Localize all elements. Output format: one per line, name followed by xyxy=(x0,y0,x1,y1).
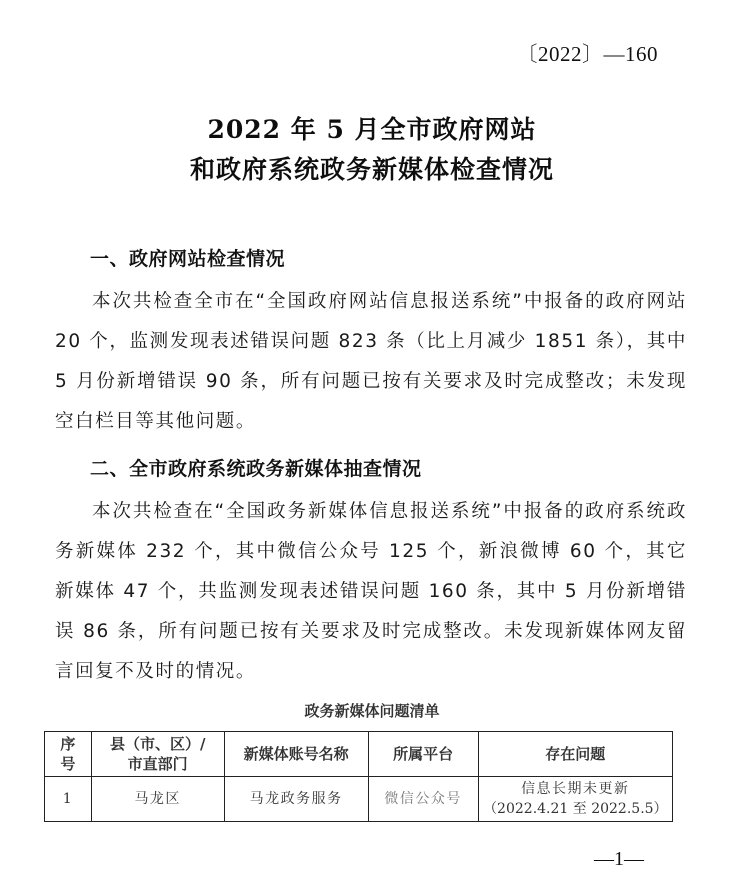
table-header-row: 序号 县（市、区）/ 市直部门 新媒体账号名称 所属平台 存在问题 xyxy=(45,732,673,777)
cell-county: 马龙区 xyxy=(91,777,224,822)
section-paragraph-websites: 本次共检查全市在“全国政府网站信息报送系统”中报备的政府网站 20 个，监测发现… xyxy=(55,282,687,442)
title-line-2: 和政府系统政务新媒体检查情况 xyxy=(0,150,744,190)
page-number: —1— xyxy=(594,848,644,871)
cell-seq: 1 xyxy=(45,777,92,822)
cell-issue: 信息长期未更新 （2022.4.21 至 2022.5.5） xyxy=(478,777,672,822)
header-seq: 序号 xyxy=(45,732,92,777)
section-paragraph-new-media: 本次共检查在“全国政务新媒体信息报送系统”中报备的政府系统政务新媒体 232 个… xyxy=(55,492,687,692)
header-county: 县（市、区）/ 市直部门 xyxy=(91,732,224,777)
header-seq-label: 序号 xyxy=(59,734,77,774)
issues-table: 序号 县（市、区）/ 市直部门 新媒体账号名称 所属平台 存在问题 1 马龙区 … xyxy=(44,731,673,822)
header-issue: 存在问题 xyxy=(478,732,672,777)
cell-account: 马龙政务服务 xyxy=(224,777,368,822)
header-platform: 所属平台 xyxy=(368,732,478,777)
cell-issue-line-1: 信息长期未更新 xyxy=(483,779,668,799)
section-heading-websites: 一、政府网站检查情况 xyxy=(90,244,285,271)
header-county-line-1: 县（市、区）/ xyxy=(96,734,220,754)
cell-platform: 微信公众号 xyxy=(368,777,478,822)
section-heading-new-media: 二、全市政府系统政务新媒体抽查情况 xyxy=(90,454,422,481)
table-row: 1 马龙区 马龙政务服务 微信公众号 信息长期未更新 （2022.4.21 至 … xyxy=(45,777,673,822)
document-number: 〔2022〕—160 xyxy=(517,38,659,68)
header-county-line-2: 市直部门 xyxy=(96,754,220,774)
document-title: 2022 年 5 月全市政府网站 和政府系统政务新媒体检查情况 xyxy=(0,110,744,190)
cell-issue-line-2: （2022.4.21 至 2022.5.5） xyxy=(483,799,668,819)
header-account: 新媒体账号名称 xyxy=(224,732,368,777)
table-caption: 政务新媒体问题清单 xyxy=(0,700,744,721)
title-line-1: 2022 年 5 月全市政府网站 xyxy=(0,110,744,150)
